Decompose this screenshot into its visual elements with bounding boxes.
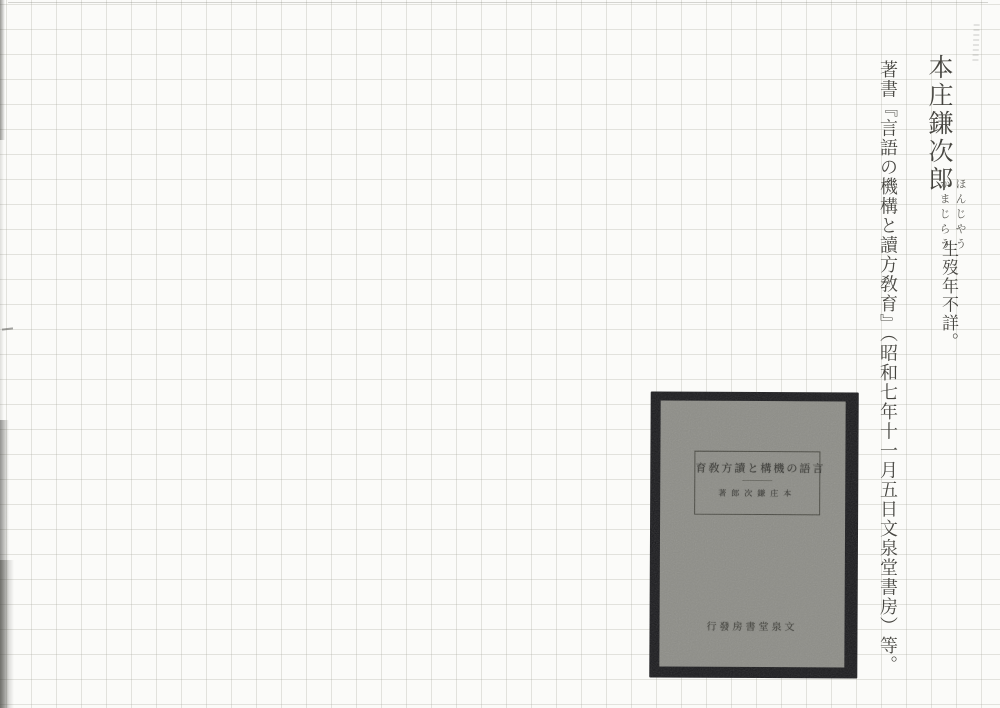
book-cover: 育敎方讀と構機の語言 著郎次鎌庄本 行發房書堂泉文 [659, 401, 845, 668]
handwritten-author-name: 本庄鎌次郎 [918, 54, 952, 194]
handwritten-works-note: 著書『言語の機構と讀方敎育』（昭和七年十一月五日文泉堂書房）等。 [862, 60, 896, 700]
cover-title-box: 育敎方讀と構機の語言 著郎次鎌庄本 [694, 451, 820, 516]
scan-left-edge-shadow-top [0, 0, 5, 140]
book-cover-photograph: 育敎方讀と構機の語言 著郎次鎌庄本 行發房書堂泉文 [649, 391, 858, 678]
scan-left-edge-shadow-corner [0, 560, 14, 708]
scan-top-edge-line [8, 2, 988, 3]
cover-title: 育敎方讀と構機の語言 [695, 460, 819, 477]
handwritten-life-dates-note: 生歿年不詳。 [926, 240, 956, 355]
cover-publisher: 行發房書堂泉文 [659, 618, 844, 634]
scanned-manuscript-page: 本庄鎌次郎 ほんじやう かまじらう 生歿年不詳。 著書『言語の機構と讀方敎育』（… [0, 0, 1000, 708]
cover-author: 著郎次鎌庄本 [695, 488, 819, 500]
cover-title-rule [742, 480, 772, 481]
scan-left-edge-shadow-mid [0, 140, 4, 420]
